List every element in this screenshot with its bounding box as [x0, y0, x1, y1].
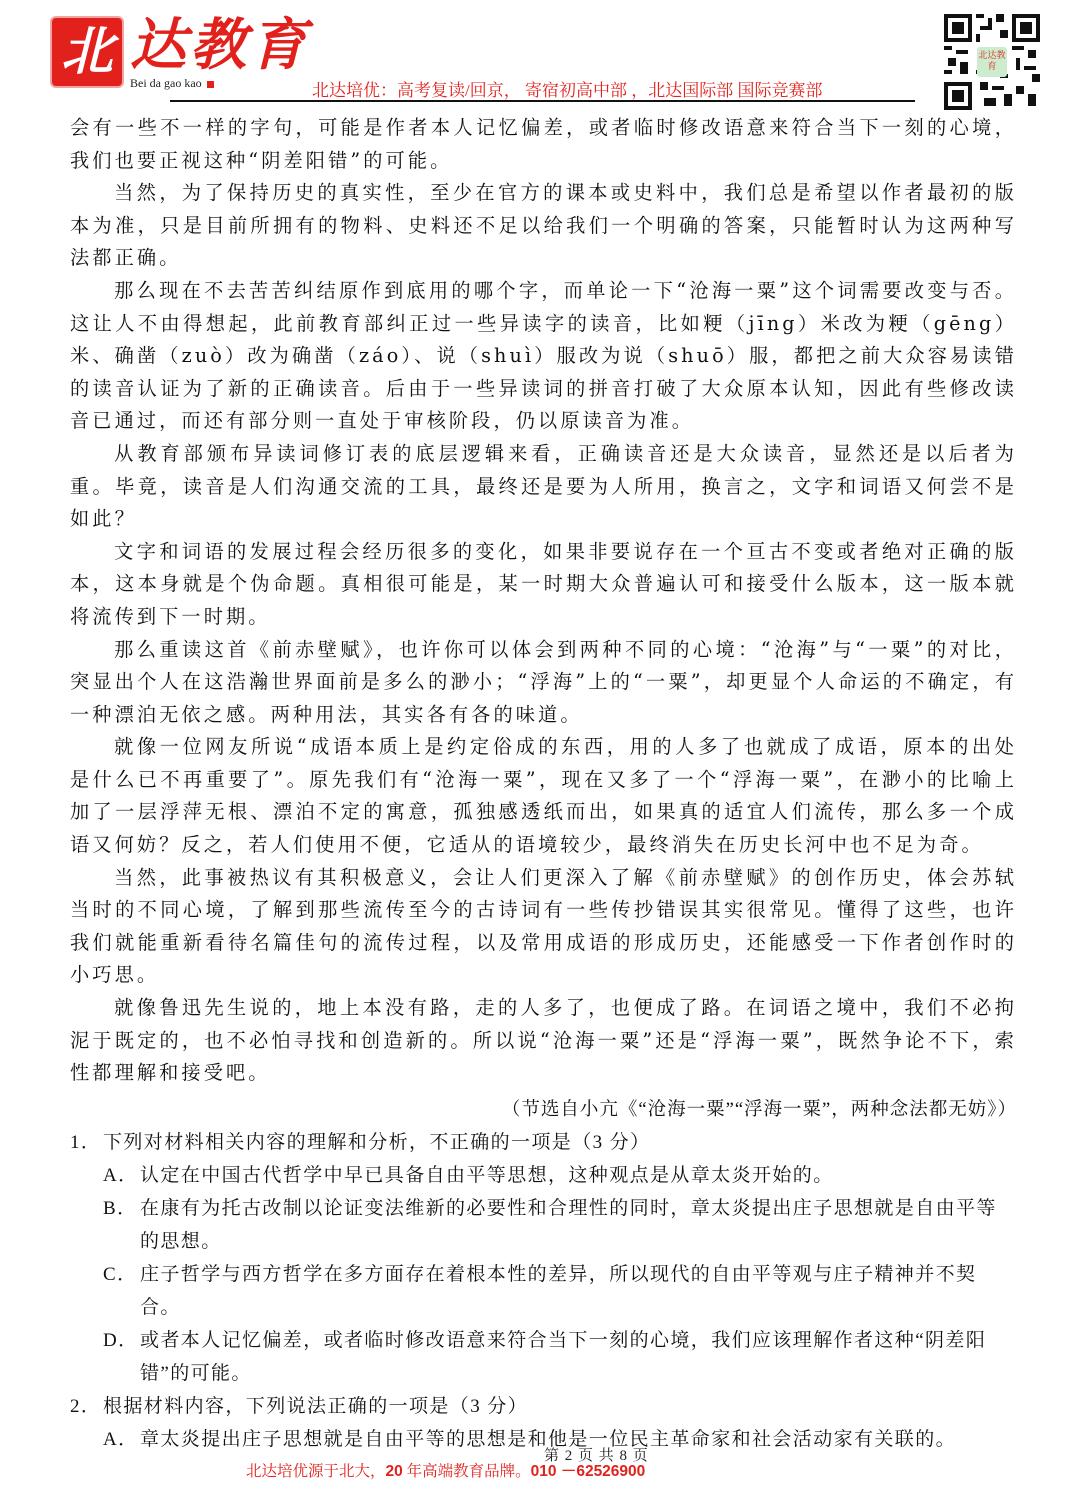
paragraph: 会有一些不一样的字句，可能是作者本人记忆偏差，或者临时修改语意来符合当下一刻的心… [70, 112, 1017, 177]
paragraph: 就像一位网友所说“成语本质上是约定俗成的东西，用的人多了也就成了成语，原本的出处… [70, 731, 1017, 861]
paragraph: 那么现在不去苦苦纠结原作到底用的哪个字，而单论一下“沧海一粟”这个词需要改变与否… [70, 275, 1017, 438]
source-citation: （节选自小亢《“沧海一粟”“浮海一粟”，两种念法都无妨》） [70, 1094, 1017, 1126]
option-letter: C． [103, 1258, 140, 1324]
question-number: 1． [70, 1126, 103, 1159]
qr-badge: 北达教育 [977, 47, 1007, 77]
red-square-icon [207, 81, 214, 88]
option-c: C． 庄子哲学与西方哲学在多方面存在着根本性的差异，所以现代的自由平等观与庄子精… [103, 1258, 1017, 1324]
paragraph: 当然，此事被热议有其积极意义，会让人们更深入了解《前赤壁赋》的创作历史，体会苏轼… [70, 862, 1017, 992]
paragraph: 文字和词语的发展过程会经历很多的变化，如果非要说存在一个亘古不变或者绝对正确的版… [70, 536, 1017, 634]
header-divider [170, 100, 915, 102]
paragraph: 就像鲁迅先生说的，地上本没有路，走的人多了，也便成了路。在词语之境中，我们不必拘… [70, 992, 1017, 1090]
paragraph: 当然，为了保持历史的真实性，至少在官方的课本或史料中，我们总是希望以作者最初的版… [70, 177, 1017, 275]
logo-mark: 北 [52, 18, 122, 86]
footer-ad-years: 20 [386, 1463, 403, 1480]
option-text: 或者本人记忆偏差，或者临时修改语意来符合当下一刻的心境，我们应该理解作者这种“阴… [140, 1324, 1017, 1390]
paragraph: 那么重读这首《前赤壁赋》，也许你可以体会到两种不同的心境：“沧海”与“一粟”的对… [70, 634, 1017, 732]
option-letter: D． [103, 1324, 140, 1390]
passage-body: 会有一些不一样的字句，可能是作者本人记忆偏差，或者临时修改语意来符合当下一刻的心… [70, 112, 1017, 1456]
option-text: 认定在中国古代哲学中早已具备自由平等思想，这种观点是从章太炎开始的。 [140, 1159, 1017, 1192]
logo-subtitle-text: Bei da gao kao [130, 76, 202, 90]
footer-advert: 北达培优源于北大，20 年高端教育品牌。010 －62526900 [246, 1459, 645, 1481]
option-letter: A． [103, 1423, 140, 1456]
question-stem: 2． 根据材料内容，下列说法正确的一项是（3 分） [70, 1390, 1017, 1423]
footer-ad-phone: 010 －62526900 [531, 1463, 646, 1480]
footer-ad-text: 年高端教育品牌。 [403, 1463, 531, 1480]
option-text: 在康有为托古改制以论证变法维新的必要性和合理性的同时，章太炎提出庄子思想就是自由… [140, 1192, 1017, 1258]
option-text: 庄子哲学与西方哲学在多方面存在着根本性的差异，所以现代的自由平等观与庄子精神并不… [140, 1258, 1017, 1324]
logo-mark-char: 北 [61, 26, 113, 78]
option-a: A． 认定在中国古代哲学中早已具备自由平等思想，这种观点是从章太炎开始的。 [103, 1159, 1017, 1192]
question-number: 2． [70, 1390, 103, 1423]
option-letter: A． [103, 1159, 140, 1192]
option-b: B． 在康有为托古改制以论证变法维新的必要性和合理性的同时，章太炎提出庄子思想就… [103, 1192, 1017, 1258]
question-text: 根据材料内容，下列说法正确的一项是（3 分） [103, 1390, 528, 1423]
question-text: 下列对材料相关内容的理解和分析，不正确的一项是（3 分） [103, 1126, 650, 1159]
logo-text: 达教育 [130, 12, 310, 78]
footer-ad-text: 北达培优源于北大， [246, 1463, 386, 1480]
option-letter: B． [103, 1192, 140, 1258]
question-stem: 1． 下列对材料相关内容的理解和分析，不正确的一项是（3 分） [70, 1126, 1017, 1159]
page-header: 北 达教育 Bei da gao kao 北达培优：高考复读/回京， 寄宿初高中… [0, 0, 1087, 112]
option-d: D． 或者本人记忆偏差，或者临时修改语意来符合当下一刻的心境，我们应该理解作者这… [103, 1324, 1017, 1390]
logo-subtitle: Bei da gao kao [130, 76, 214, 91]
paragraph: 从教育部颁布异读词修订表的底层逻辑来看，正确读音还是大众读音，显然还是以后者为重… [70, 438, 1017, 536]
qr-code-icon: 北达教育 [944, 14, 1040, 110]
header-slogan: 北达培优：高考复读/回京， 寄宿初高中部 ，北达国际部 国际竞赛部 [312, 76, 822, 101]
question-1: 1． 下列对材料相关内容的理解和分析，不正确的一项是（3 分） A． 认定在中国… [70, 1126, 1017, 1390]
